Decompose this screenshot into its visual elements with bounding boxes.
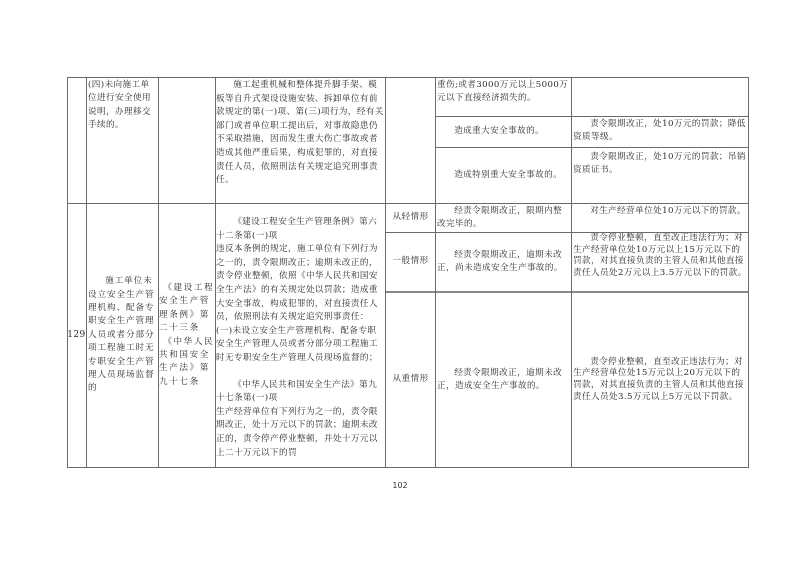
penalty-cell [573,79,747,116]
circumstance-cell: 重伤;或者3000万元以上5000万元以下直接经济损失的。 [437,79,570,116]
level-cell-general: 一般情形 [386,233,435,291]
penalty-text: 责令停业整顿，直至改正违法行为；对生产经营单位处15万元以上20万元以下的罚款，… [573,357,747,403]
violation-text: 施工单位未设立安全生产管理机构、配备专职安全生产管理人员或者分部分项工程施工时无… [88,275,158,396]
circumstance-cell: 经责令限期改正，逾期未改正，尚未造成安全生产事故的。 [437,233,570,291]
basis-ref-1: 《建设工程安全生产管理条例》第二十三条 [159,282,215,336]
table-border-top [67,77,749,78]
col-divider [571,77,572,468]
circumstance-text: 造成特别重大安全事故的。 [437,169,562,182]
table-border-right [748,77,749,468]
circumstance-text: 经责令限期改正，逾期未改正，造成安全生产事故的。 [437,367,570,394]
level-label: 一般情形 [393,255,429,268]
violation-cell: 施工单位未设立安全生产管理机构、配备专职安全生产管理人员或者分部分项工程施工时无… [88,204,158,467]
legal-text-body-2: 生产经营单位有下列行为之一的，责令限期改正，处十万元以下的罚款；逾期未改正的，责… [216,406,384,460]
legal-basis-cell: 施工起重机械和整体提升脚手架、模板等自升式架设设施安装、拆卸单位有前款规定的第(… [216,79,384,203]
circumstance-cell: 经责令限期改正，逾期未改正，造成安全生产事故的。 [437,293,570,467]
spacer [216,366,384,379]
level-label: 从重情形 [393,373,429,386]
legal-text-body-1: 违反本条例的规定，施工单位有下列行为之一的，责令限期改正；逾期未改正的，责令停业… [216,243,384,325]
violation-cell: (四)未向施工单位进行安全使用说明，办理移交手续的。 [88,79,157,199]
level-cell-severe: 从重情形 [386,293,435,467]
document-page: (四)未向施工单位进行安全使用说明，办理移交手续的。 施工起重机械和整体提升脚手… [0,0,800,565]
page-number: 102 [0,481,800,490]
penalty-cell: 对生产经营单位处10万元以下的罚款。 [573,205,747,232]
legal-text-title-2: 《中华人民共和国安全生产法》第九十七条第(一)项 [216,379,384,406]
circumstance-text: 经责令限期改正，逾期未改正，尚未造成安全生产事故的。 [437,249,570,276]
item-number: 129 [67,329,85,342]
penalty-cell: 责令停业整顿，直至改正违法行为；对生产经营单位处15万元以上20万元以下的罚款，… [573,293,747,467]
legal-text-item-1: (一)未设立安全生产管理机构、配备专职安全生产管理人员或者分部分项工程施工时无专… [216,325,384,366]
penalty-cell: 责令停业整顿，直至改正违法行为；对生产经营单位处10万元以上15万元以下的罚款，… [573,233,747,291]
penalty-cell: 责令限期改正，处10万元的罚款；吊销资质证书。 [573,151,747,201]
basis-ref-2: 《中华人民共和国安全生产法》第九十七条 [159,336,215,390]
basis-refs-cell: 《建设工程安全生产管理条例》第二十三条 《中华人民共和国安全生产法》第九十七条 [159,204,215,467]
basis-refs: 《建设工程安全生产管理条例》第二十三条 《中华人民共和国安全生产法》第九十七条 [159,282,215,389]
table-border-bottom [67,467,749,468]
level-label: 从轻情形 [393,211,429,224]
col-divider [86,77,87,468]
level-cell-lenient: 从轻情形 [386,204,435,232]
legal-text-cell: 《建设工程安全生产管理条例》第六十二条第(一)项 违反本条例的规定，施工单位有下… [216,216,384,467]
circumstance-cell: 造成特别重大安全事故的。 [437,148,570,203]
circumstance-cell: 造成重大安全事故的。 [437,117,570,147]
legal-text-title-1: 《建设工程安全生产管理条例》第六十二条第(一)项 [216,216,384,243]
item-number-cell: 129 [67,204,86,467]
penalty-cell: 责令限期改正，处10万元的罚款；降低资质等级。 [573,118,747,147]
circumstance-text: 造成重大安全事故的。 [437,125,544,138]
circumstance-cell: 经责令限期改正，限期内整改完毕的。 [437,205,570,232]
col-divider [435,77,436,468]
